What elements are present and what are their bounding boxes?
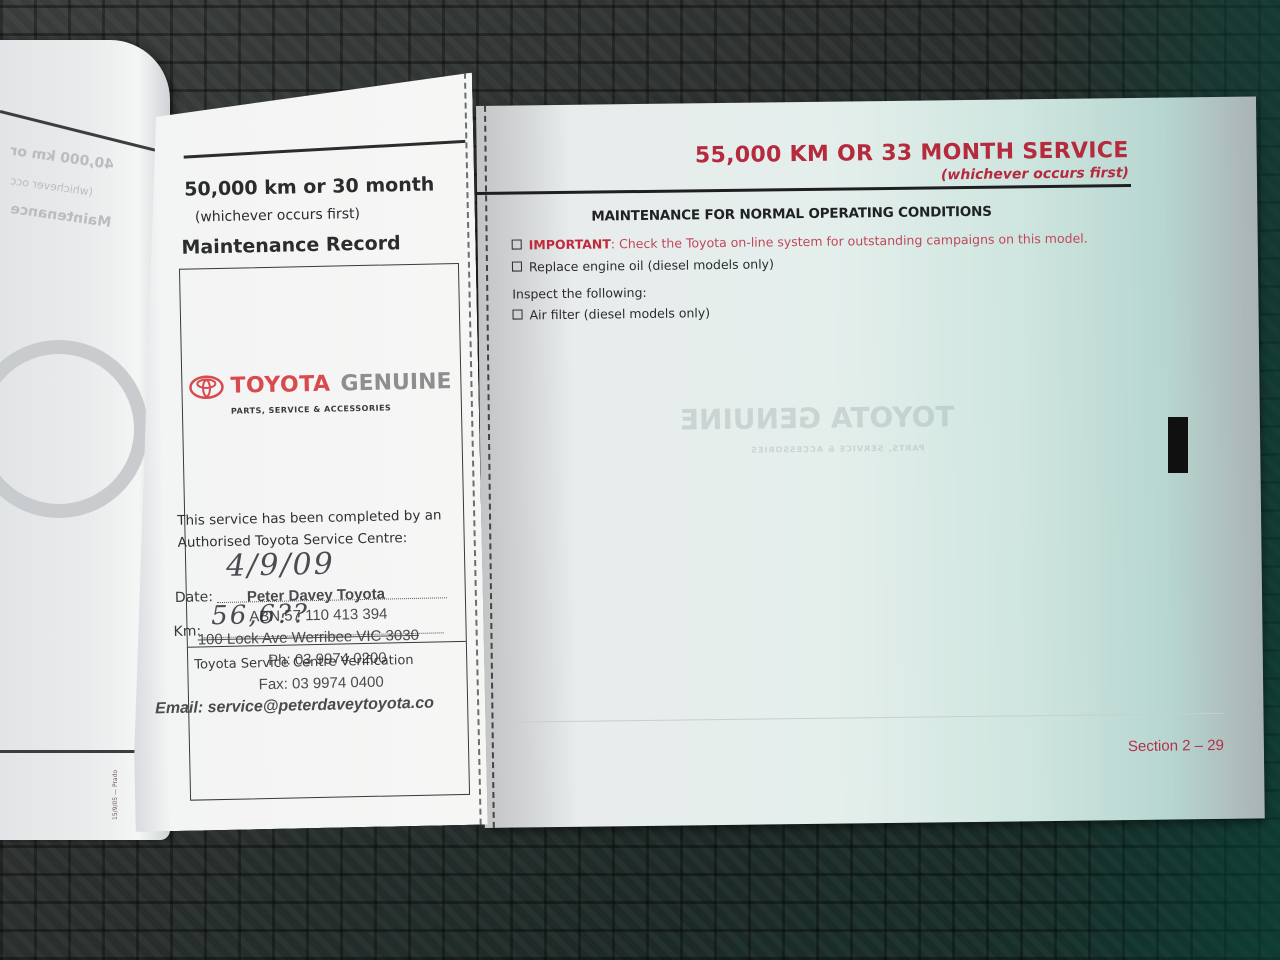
ghost-logo-showthrough: TOYOTA GENUINE — [680, 400, 955, 436]
checkbox[interactable] — [512, 261, 522, 271]
important-label: IMPORTANT — [529, 236, 611, 252]
slip-title: 50,000 km or 30 month — [184, 173, 434, 200]
ghost-tagline-showthrough: PARTS, SERVICE & ACCESSORIES — [750, 444, 924, 455]
stamp-dealer-name: Peter Davey Toyota — [247, 586, 385, 606]
page-title: 55,000 KM OR 33 MONTH SERVICE — [695, 138, 1129, 168]
ghost-emblem — [0, 340, 148, 518]
checkbox[interactable] — [512, 239, 522, 249]
ghost-text: 40,000 km or — [9, 143, 114, 173]
toyota-genuine-logo: TOYOTA GENUINE — [188, 369, 452, 400]
page-number: Section 2 – 29 — [1128, 737, 1224, 755]
perforation-line — [484, 106, 495, 828]
checkbox[interactable] — [512, 309, 522, 319]
spine-print-code: 15/9/05 — Prado — [112, 700, 124, 820]
slip-subtitle: (whichever occurs first) — [195, 206, 360, 225]
logo-tagline: PARTS, SERVICE & ACCESSORIES — [231, 403, 391, 415]
toyota-emblem-icon — [188, 374, 224, 399]
record-box: TOYOTA GENUINE PARTS, SERVICE & ACCESSOR… — [179, 263, 470, 801]
footer-rule — [504, 713, 1224, 723]
stamp-abn: ABN 57 110 413 394 — [249, 606, 387, 626]
ghost-text: Maintenance — [9, 201, 112, 231]
service-page: 55,000 KM OR 33 MONTH SERVICE (whichever… — [476, 96, 1265, 827]
checklist-item-label: Air filter (diesel models only) — [529, 305, 710, 322]
logo-word: GENUINE — [340, 369, 451, 396]
logo-brand: TOYOTA — [230, 372, 331, 399]
section-tab-marker — [1168, 417, 1188, 473]
stamp-address: 100 Lock Ave Werribee VIC 3030 — [198, 627, 420, 649]
date-handwritten: 4/9/09 — [226, 547, 335, 584]
page-subtitle: (whichever occurs first) — [941, 165, 1129, 183]
ghost-text: (whichever occ — [10, 174, 94, 198]
stamp-email: Email: service@peterdaveytoyota.co — [155, 695, 434, 719]
maintenance-checklist: IMPORTANT : Check the Toyota on-line sys… — [512, 227, 1089, 326]
section-heading: MAINTENANCE FOR NORMAL OPERATING CONDITI… — [591, 204, 992, 225]
header-rule — [467, 184, 1131, 195]
stamp-fax: Fax: 03 9974 0400 — [259, 674, 384, 694]
record-heading: Maintenance Record — [181, 232, 401, 259]
date-label: Date: — [175, 589, 214, 606]
stamp-phone: Ph: 03 9974 0200 — [268, 650, 387, 669]
maintenance-record-slip: 50,000 km or 30 month (whichever occurs … — [120, 73, 488, 832]
header-rule — [184, 140, 466, 159]
checklist-item-label: Replace engine oil (diesel models only) — [529, 256, 774, 274]
important-text: : Check the Toyota on-line system for ou… — [611, 230, 1088, 251]
